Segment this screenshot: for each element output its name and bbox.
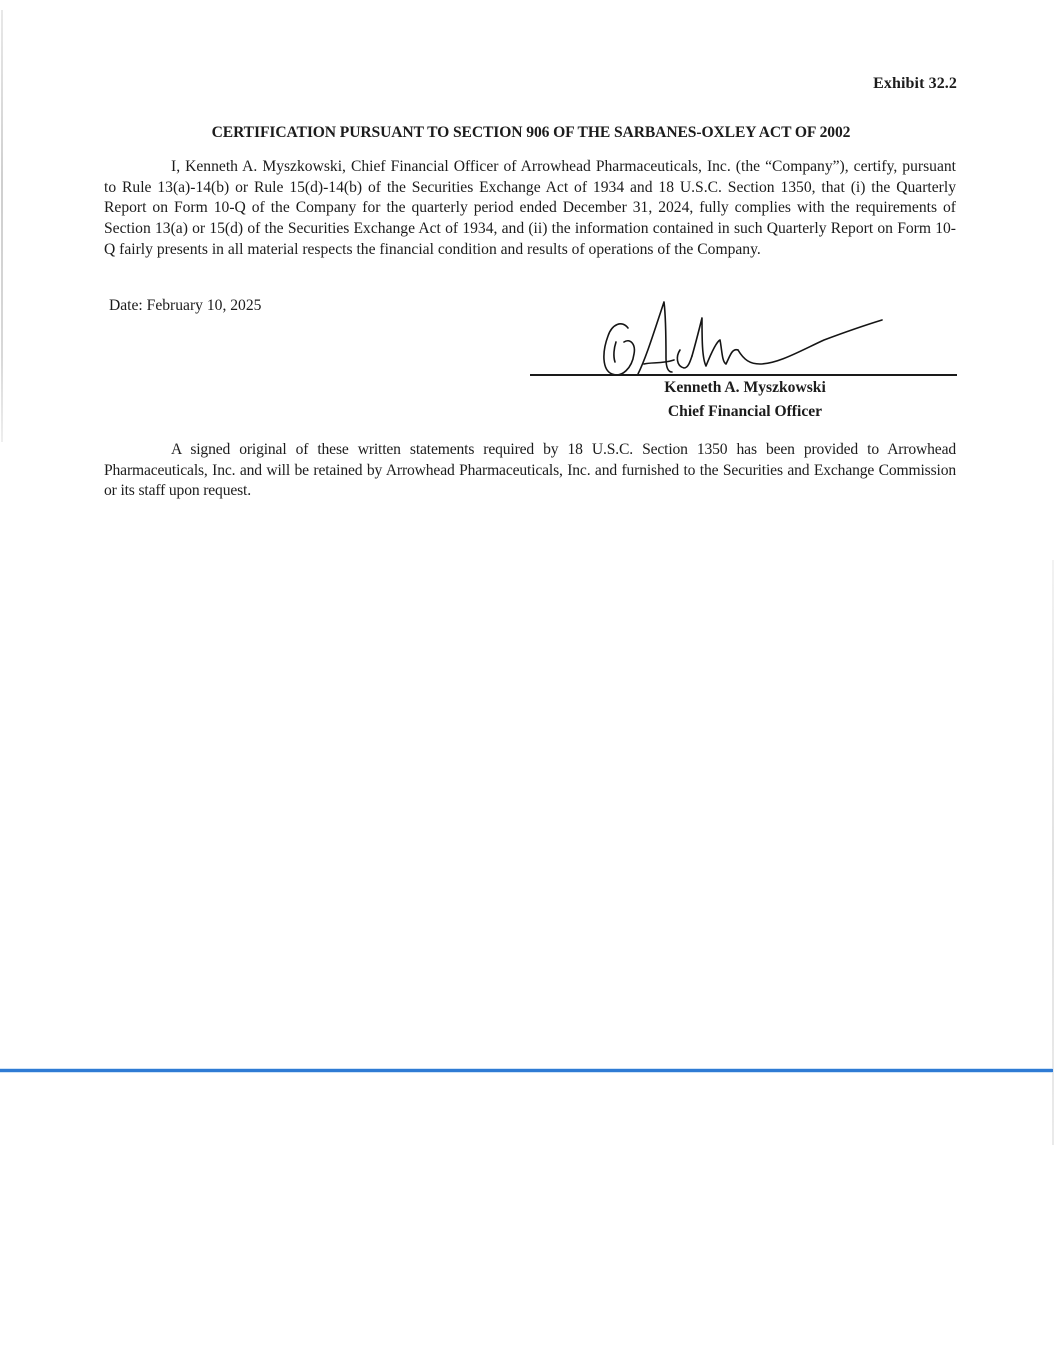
document-title: CERTIFICATION PURSUANT TO SECTION 906 OF… [0,124,1055,142]
signer-name: Kenneth A. Myszkowski [590,379,900,397]
date-line: Date: February 10, 2025 [109,297,261,315]
signature-line [530,374,957,376]
signature-image [592,298,892,380]
page-break-rule [0,1069,1053,1072]
scan-right-edge [1052,560,1054,1145]
exhibit-label: Exhibit 32.2 [873,75,957,93]
retention-paragraph: A signed original of these written state… [104,440,956,502]
signer-title: Chief Financial Officer [590,403,900,421]
certification-paragraph: I, Kenneth A. Myszkowski, Chief Financia… [104,157,956,261]
scan-left-edge [1,10,3,442]
